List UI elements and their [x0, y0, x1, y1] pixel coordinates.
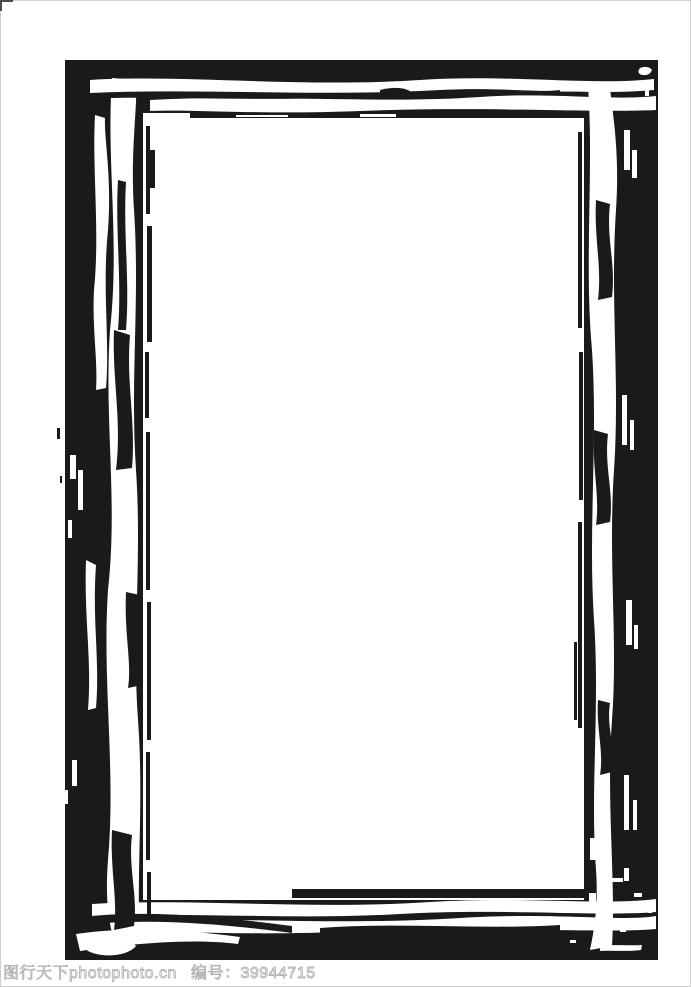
watermark: 图行天下photophoto.cn编号：39944715 [3, 964, 316, 984]
frame-white-streaks [64, 67, 656, 956]
grunge-frame-graphic [0, 0, 691, 987]
stock-image-preview: 图行天下photophoto.cn编号：39944715 [0, 0, 691, 987]
frame-black-marks [90, 88, 613, 934]
page-corner-marks [0, 0, 13, 11]
watermark-serial: 编号：39944715 [191, 965, 316, 982]
watermark-brand: 图行天下photophoto.cn [3, 965, 177, 982]
